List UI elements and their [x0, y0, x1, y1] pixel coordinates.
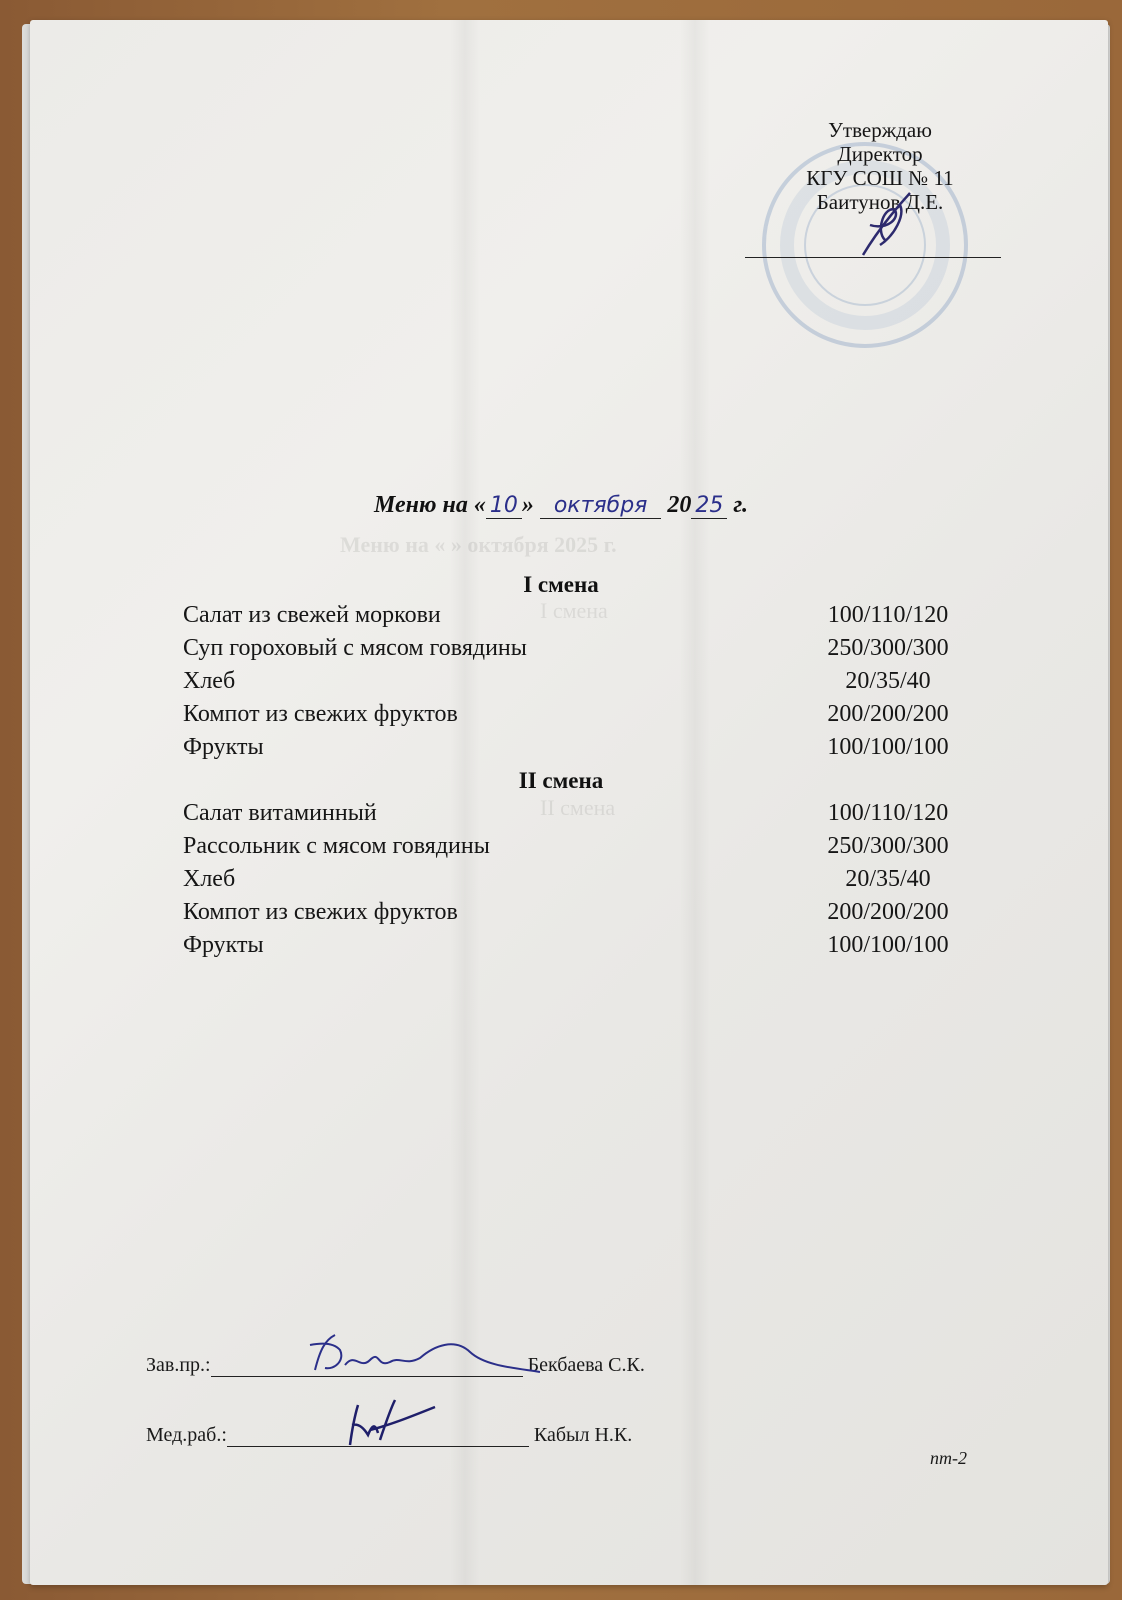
menu-row: Салат витаминный100/110/120: [183, 800, 968, 830]
menu-row: Компот из свежих фруктов200/200/200: [183, 899, 968, 929]
approval-line: Директор: [760, 142, 1000, 166]
director-signature-icon: [855, 185, 925, 265]
shift-heading: II смена: [0, 768, 1122, 794]
menu-row: Суп гороховый с мясом говядины250/300/30…: [183, 635, 968, 665]
menu-row: Хлеб20/35/40: [183, 866, 968, 896]
handwritten-month: октября: [540, 493, 662, 519]
menu-row: Рассольник с мясом говядины250/300/300: [183, 833, 968, 863]
head-signature-icon: [305, 1330, 545, 1380]
menu-row: Салат из свежей моркови100/110/120: [183, 602, 968, 632]
menu-row: Фрукты100/100/100: [183, 734, 968, 764]
show-through-text: Меню на « » октября 2025 г.: [340, 532, 617, 558]
menu-title: Меню на «10» октября 2025 г.: [0, 492, 1122, 519]
handwritten-year: 25: [691, 493, 727, 519]
medic-signature-icon: [340, 1395, 440, 1450]
handwritten-day: 10: [486, 493, 522, 519]
menu-row: Хлеб20/35/40: [183, 668, 968, 698]
document-code: пт-2: [930, 1448, 967, 1469]
menu-row: Фрукты100/100/100: [183, 932, 968, 962]
shift-heading: I смена: [0, 572, 1122, 598]
approval-line: Утверждаю: [760, 118, 1000, 142]
menu-row: Компот из свежих фруктов200/200/200: [183, 701, 968, 731]
